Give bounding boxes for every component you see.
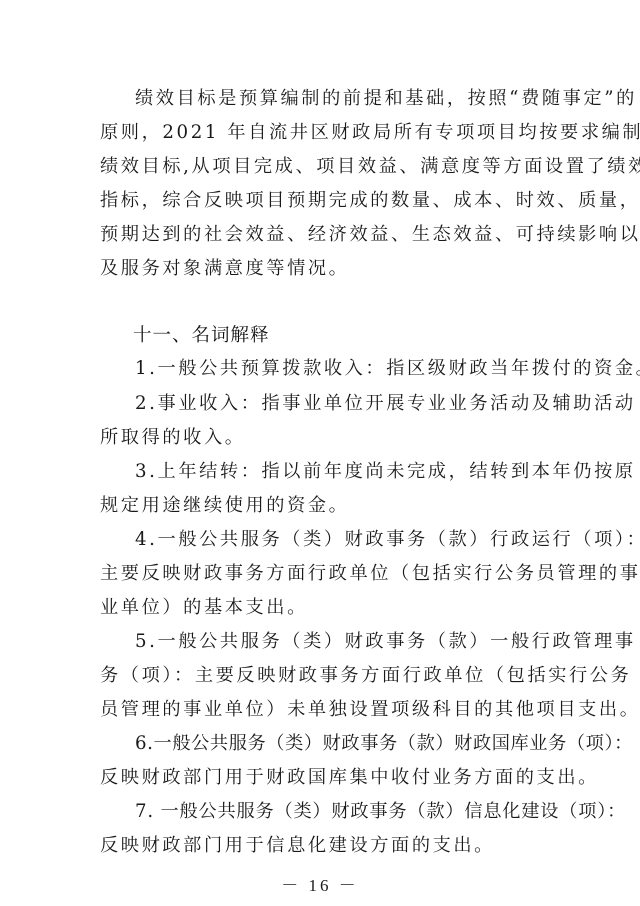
- paragraph-line: 原则，2021 年自流井区财政局所有专项项目均按要求编制了: [100, 121, 540, 145]
- section-heading: 十一、名词解释: [133, 324, 270, 348]
- definition-1: 1.一般公共预算拨款收入：指区级财政当年拨付的资金。: [135, 357, 540, 381]
- paragraph-line: 绩效目标,从项目完成、项目效益、满意度等方面设置了绩效: [100, 155, 540, 179]
- paragraph-line: 及服务对象满意度等情况。: [100, 257, 540, 281]
- definition-5: 5.一般公共服务（类）财政事务（款）一般行政管理事: [135, 630, 540, 654]
- definition-4: 4.一般公共服务（类）财政事务（款）行政运行（项）：: [135, 528, 540, 552]
- definition-4-cont: 业单位）的基本支出。: [100, 596, 540, 620]
- definition-6: 6.一般公共服务（类）财政事务（款）财政国库业务（项）：: [135, 732, 540, 756]
- paragraph-line: 绩效目标是预算编制的前提和基础，按照“费随事定”的: [135, 87, 540, 111]
- paragraph-line: 指标，综合反映项目预期完成的数量、成本、时效、质量，: [100, 189, 540, 213]
- definition-3-cont: 规定用途继续使用的资金。: [100, 494, 540, 518]
- definition-2: 2.事业收入：指事业单位开展专业业务活动及辅助活动: [135, 392, 540, 416]
- definition-5-cont: 员管理的事业单位）未单独设置项级科目的其他项目支出。: [100, 698, 540, 722]
- paragraph-line: 预期达到的社会效益、经济效益、生态效益、可持续影响以: [100, 223, 540, 247]
- definition-7: 7. 一般公共服务（类）财政事务（款）信息化建设（项）：: [135, 800, 540, 824]
- document-page: 绩效目标是预算编制的前提和基础，按照“费随事定”的 原则，2021 年自流井区财…: [0, 0, 640, 906]
- definition-3: 3.上年结转：指以前年度尚未完成，结转到本年仍按原: [135, 460, 540, 484]
- definition-7-cont: 反映财政部门用于信息化建设方面的支出。: [100, 834, 540, 858]
- definition-5-cont: 务（项）：主要反映财政事务方面行政单位（包括实行公务: [100, 664, 540, 688]
- page-number: － 16 －: [0, 871, 640, 896]
- definition-2-cont: 所取得的收入。: [100, 426, 540, 450]
- definition-6-cont: 反映财政部门用于财政国库集中收付业务方面的支出。: [100, 766, 540, 790]
- definition-4-cont: 主要反映财政事务方面行政单位（包括实行公务员管理的事: [100, 562, 540, 586]
